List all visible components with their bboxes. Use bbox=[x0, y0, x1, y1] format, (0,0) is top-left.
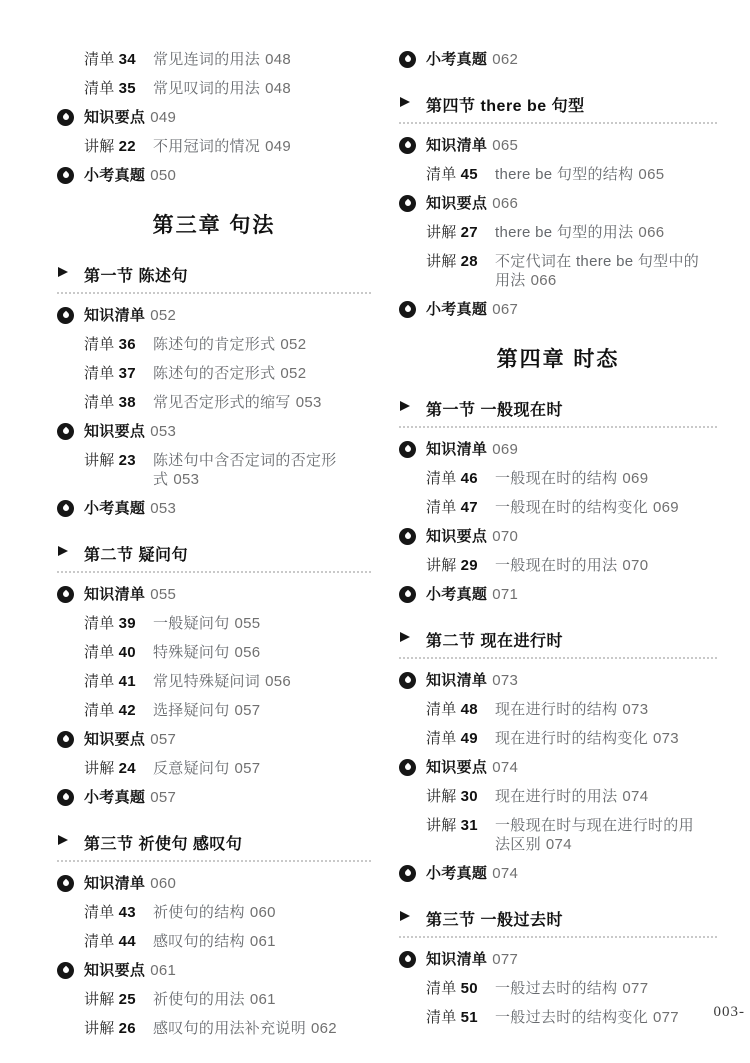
flame-badge-icon bbox=[399, 528, 416, 545]
item-description-text: 常见叹词的用法 bbox=[153, 80, 260, 97]
item-number: 44 bbox=[119, 933, 136, 950]
topic-label: 知识要点 bbox=[84, 109, 145, 126]
section-arrow-icon bbox=[58, 835, 68, 845]
item-label-text: 清单 bbox=[426, 1009, 457, 1026]
item-label-text: 清单 bbox=[426, 470, 457, 487]
page-number-ref: 066 bbox=[638, 224, 664, 241]
item-label-text: 讲解 bbox=[426, 224, 457, 241]
toc-item-row: 清单36陈述句的肯定形式052 bbox=[57, 335, 371, 354]
item-label-text: 清单 bbox=[84, 702, 115, 719]
chapter-title: 第三章 句法 bbox=[153, 214, 276, 237]
item-number: 30 bbox=[461, 788, 478, 805]
item-number: 47 bbox=[461, 499, 478, 516]
toc-item-row: 讲解27there be 句型的用法066 bbox=[399, 223, 717, 242]
toc-column-right: 小考真题062第四节 there be 句型知识清单065清单45there b… bbox=[399, 50, 717, 1037]
section-arrow-icon bbox=[400, 911, 410, 921]
page-number-ref: 062 bbox=[311, 1020, 337, 1037]
item-number: 46 bbox=[461, 470, 478, 487]
item-number: 36 bbox=[119, 336, 136, 353]
flame-badge-icon bbox=[57, 307, 74, 324]
toc-topic-row: 知识要点070 bbox=[399, 527, 717, 546]
item-description-text: 祈使句的结构 bbox=[153, 904, 245, 921]
topic-label: 知识要点 bbox=[84, 731, 145, 748]
section-title: 第二节 现在进行时 bbox=[426, 633, 563, 650]
section-title: 第二节 疑问句 bbox=[84, 547, 188, 564]
toc-item-row: 讲解25祈使句的用法061 bbox=[57, 990, 371, 1009]
section-arrow-icon bbox=[58, 546, 68, 556]
topic-label: 小考真题 bbox=[84, 789, 145, 806]
page-number-ref: 069 bbox=[622, 470, 648, 487]
flame-badge-icon bbox=[399, 301, 416, 318]
topic-label: 知识要点 bbox=[426, 528, 487, 545]
item-description-text: 特殊疑问句 bbox=[153, 644, 230, 661]
toc-item-row: 讲解28不定代词在 there be 句型中的用法066 bbox=[399, 252, 717, 290]
item-number: 50 bbox=[461, 980, 478, 997]
item-description: 祈使句的用法061 bbox=[153, 990, 342, 1009]
toc-item-row: 清单38常见否定形式的缩写053 bbox=[57, 393, 371, 412]
page-number-ref: 069 bbox=[492, 441, 518, 458]
toc-topic-row: 知识要点066 bbox=[399, 194, 717, 213]
flame-badge-icon bbox=[57, 586, 74, 603]
toc-topic-row: 小考真题067 bbox=[399, 300, 717, 319]
toc-item-row: 清单51一般过去时的结构变化077 bbox=[399, 1008, 717, 1027]
item-description: 一般过去时的结构077 bbox=[495, 979, 701, 998]
page-number-ref: 074 bbox=[492, 865, 518, 882]
toc-topic-row: 知识清单069 bbox=[399, 440, 717, 459]
item-description-text: 常见特殊疑问词 bbox=[153, 673, 260, 690]
item-description: there be 句型的结构065 bbox=[495, 165, 701, 184]
toc-topic-row: 知识清单060 bbox=[57, 874, 371, 893]
page-number-ref: 052 bbox=[280, 336, 306, 353]
item-label: 讲解25 bbox=[84, 990, 153, 1009]
page-number-ref: 070 bbox=[622, 557, 648, 574]
toc-column-left: 清单34常见连词的用法048清单35常见叹词的用法048知识要点049讲解22不… bbox=[57, 50, 371, 1048]
item-label-text: 讲解 bbox=[426, 788, 457, 805]
flame-badge-icon bbox=[57, 500, 74, 517]
item-description: 陈述句的否定形式052 bbox=[153, 364, 342, 383]
item-description-text: 陈述句的否定形式 bbox=[153, 365, 275, 382]
toc-item-row: 讲解22不用冠词的情况049 bbox=[57, 137, 371, 156]
item-number: 35 bbox=[119, 80, 136, 97]
topic-label: 小考真题 bbox=[426, 301, 487, 318]
item-description: 一般现在时的用法070 bbox=[495, 556, 701, 575]
item-description: 感叹句的用法补充说明062 bbox=[153, 1019, 342, 1038]
item-description: 感叹句的结构061 bbox=[153, 932, 342, 951]
toc-item-row: 清单45there be 句型的结构065 bbox=[399, 165, 717, 184]
item-description: 常见否定形式的缩写053 bbox=[153, 393, 342, 412]
item-description-text: 现在进行时的结构 bbox=[495, 701, 617, 718]
item-description-text: 不定代词在 there be 句型中的用法 bbox=[495, 253, 699, 289]
item-description-text: 一般现在时与现在进行时的用法区别 bbox=[495, 817, 694, 853]
item-label-text: 讲解 bbox=[84, 991, 115, 1008]
toc-topic-row: 知识清单073 bbox=[399, 671, 717, 690]
flame-badge-icon bbox=[399, 195, 416, 212]
flame-badge-icon bbox=[399, 137, 416, 154]
page-number-ref: 073 bbox=[622, 701, 648, 718]
item-label: 讲解22 bbox=[84, 137, 153, 156]
page-number-ref: 074 bbox=[546, 836, 572, 853]
section-heading: 第一节 一般现在时 bbox=[399, 397, 717, 428]
flame-badge-icon bbox=[57, 731, 74, 748]
page-number-ref: 053 bbox=[173, 471, 199, 488]
item-description: 现在进行时的用法074 bbox=[495, 787, 701, 806]
page-number-ref: 067 bbox=[492, 301, 518, 318]
item-label: 清单34 bbox=[84, 50, 153, 69]
flame-badge-icon bbox=[399, 441, 416, 458]
page-number-ref: 069 bbox=[653, 499, 679, 516]
toc-topic-row: 小考真题074 bbox=[399, 864, 717, 883]
item-number: 51 bbox=[461, 1009, 478, 1026]
topic-label: 知识清单 bbox=[426, 441, 487, 458]
item-description-text: 一般过去时的结构变化 bbox=[495, 1009, 648, 1026]
section-heading: 第四节 there be 句型 bbox=[399, 93, 717, 124]
item-label: 讲解29 bbox=[426, 556, 495, 575]
toc-item-row: 清单44感叹句的结构061 bbox=[57, 932, 371, 951]
toc-item-row: 清单50一般过去时的结构077 bbox=[399, 979, 717, 998]
item-number: 24 bbox=[119, 760, 136, 777]
toc-item-row: 清单42选择疑问句057 bbox=[57, 701, 371, 720]
item-description-text: 反意疑问句 bbox=[153, 760, 230, 777]
page-number-ref: 048 bbox=[265, 51, 291, 68]
page-number-ref: 053 bbox=[296, 394, 322, 411]
item-description-text: 感叹句的用法补充说明 bbox=[153, 1020, 306, 1037]
item-number: 43 bbox=[119, 904, 136, 921]
item-description-text: 陈述句的肯定形式 bbox=[153, 336, 275, 353]
page-number-ref: 048 bbox=[265, 80, 291, 97]
toc-item-row: 清单47一般现在时的结构变化069 bbox=[399, 498, 717, 517]
item-label: 清单48 bbox=[426, 700, 495, 719]
page-number-ref: 061 bbox=[150, 962, 176, 979]
item-description: 不定代词在 there be 句型中的用法066 bbox=[495, 252, 701, 290]
topic-label: 知识清单 bbox=[426, 137, 487, 154]
item-description-text: 现在进行时的结构变化 bbox=[495, 730, 648, 747]
item-label: 讲解23 bbox=[84, 451, 153, 489]
item-description: 选择疑问句057 bbox=[153, 701, 342, 720]
toc-item-row: 清单41常见特殊疑问词056 bbox=[57, 672, 371, 691]
page-number-ref: 061 bbox=[250, 991, 276, 1008]
toc-item-row: 清单43祈使句的结构060 bbox=[57, 903, 371, 922]
item-label-text: 清单 bbox=[426, 166, 457, 183]
topic-label: 知识要点 bbox=[426, 759, 487, 776]
item-label-text: 清单 bbox=[84, 615, 115, 632]
item-description: 陈述句的肯定形式052 bbox=[153, 335, 342, 354]
topic-label: 小考真题 bbox=[426, 865, 487, 882]
toc-item-row: 清单46一般现在时的结构069 bbox=[399, 469, 717, 488]
page-number-ref: 057 bbox=[150, 731, 176, 748]
page-number-ref: 077 bbox=[492, 951, 518, 968]
item-number: 34 bbox=[119, 51, 136, 68]
item-description: 常见连词的用法048 bbox=[153, 50, 342, 69]
item-label-text: 讲解 bbox=[426, 817, 457, 834]
page-number-ref: 055 bbox=[235, 615, 261, 632]
item-description: 一般疑问句055 bbox=[153, 614, 342, 633]
page-number-ref: 052 bbox=[280, 365, 306, 382]
item-label: 清单41 bbox=[84, 672, 153, 691]
item-label-text: 清单 bbox=[84, 51, 115, 68]
section-title: 第三节 一般过去时 bbox=[426, 912, 563, 929]
flame-badge-icon bbox=[399, 586, 416, 603]
toc-item-row: 讲解29一般现在时的用法070 bbox=[399, 556, 717, 575]
item-number: 40 bbox=[119, 644, 136, 661]
item-number: 37 bbox=[119, 365, 136, 382]
page-number-ref: 060 bbox=[250, 904, 276, 921]
item-number: 28 bbox=[461, 253, 478, 270]
toc-item-row: 清单48现在进行时的结构073 bbox=[399, 700, 717, 719]
section-heading: 第二节 疑问句 bbox=[57, 542, 371, 573]
item-label: 讲解28 bbox=[426, 252, 495, 290]
item-description-text: 选择疑问句 bbox=[153, 702, 230, 719]
toc-topic-row: 知识要点061 bbox=[57, 961, 371, 980]
item-label-text: 讲解 bbox=[84, 760, 115, 777]
item-description-text: there be 句型的结构 bbox=[495, 166, 633, 183]
chapter-title: 第四章 时态 bbox=[497, 348, 620, 371]
item-number: 48 bbox=[461, 701, 478, 718]
item-label-text: 清单 bbox=[426, 730, 457, 747]
topic-label: 知识要点 bbox=[84, 423, 145, 440]
item-label: 清单37 bbox=[84, 364, 153, 383]
item-label: 清单43 bbox=[84, 903, 153, 922]
item-description-text: there be 句型的用法 bbox=[495, 224, 633, 241]
item-label: 清单36 bbox=[84, 335, 153, 354]
item-label-text: 清单 bbox=[84, 904, 115, 921]
page-number-ref: 077 bbox=[653, 1009, 679, 1026]
page-number-ref: 073 bbox=[653, 730, 679, 747]
item-description: 现在进行时的结构变化073 bbox=[495, 729, 701, 748]
page-number-ref: 057 bbox=[150, 789, 176, 806]
item-description-text: 一般过去时的结构 bbox=[495, 980, 617, 997]
page-number-ref: 065 bbox=[638, 166, 664, 183]
flame-badge-icon bbox=[57, 423, 74, 440]
page-number-ref: 055 bbox=[150, 586, 176, 603]
page-number-ref: 057 bbox=[235, 760, 261, 777]
item-description: 祈使句的结构060 bbox=[153, 903, 342, 922]
toc-topic-row: 知识清单065 bbox=[399, 136, 717, 155]
section-title: 第一节 陈述句 bbox=[84, 268, 188, 285]
item-number: 38 bbox=[119, 394, 136, 411]
item-description-text: 常见否定形式的缩写 bbox=[153, 394, 291, 411]
item-description: 特殊疑问句056 bbox=[153, 643, 342, 662]
toc-topic-row: 知识要点053 bbox=[57, 422, 371, 441]
item-label: 清单50 bbox=[426, 979, 495, 998]
item-label: 讲解24 bbox=[84, 759, 153, 778]
page-number-ref: 060 bbox=[150, 875, 176, 892]
section-arrow-icon bbox=[400, 632, 410, 642]
topic-label: 知识清单 bbox=[84, 875, 145, 892]
item-label-text: 清单 bbox=[84, 644, 115, 661]
item-label-text: 清单 bbox=[84, 673, 115, 690]
page-number-ref: 077 bbox=[622, 980, 648, 997]
toc-item-row: 讲解24反意疑问句057 bbox=[57, 759, 371, 778]
page-number-ref: 066 bbox=[531, 272, 557, 289]
page-number-ref: 057 bbox=[235, 702, 261, 719]
flame-badge-icon bbox=[57, 167, 74, 184]
page-number-ref: 050 bbox=[150, 167, 176, 184]
page-number-ref: 070 bbox=[492, 528, 518, 545]
item-description: 陈述句中含否定词的否定形式053 bbox=[153, 451, 342, 489]
item-label: 清单38 bbox=[84, 393, 153, 412]
item-label-text: 讲解 bbox=[84, 452, 115, 469]
page-number-ref: 065 bbox=[492, 137, 518, 154]
item-description: 常见叹词的用法048 bbox=[153, 79, 342, 98]
toc-topic-row: 知识清单055 bbox=[57, 585, 371, 604]
item-number: 42 bbox=[119, 702, 136, 719]
topic-label: 知识清单 bbox=[426, 951, 487, 968]
page-number-ref: 052 bbox=[150, 307, 176, 324]
item-label-text: 讲解 bbox=[426, 253, 457, 270]
topic-label: 小考真题 bbox=[426, 51, 487, 68]
section-arrow-icon bbox=[400, 97, 410, 107]
section-heading: 第三节 祈使句 感叹句 bbox=[57, 831, 371, 862]
item-label: 讲解30 bbox=[426, 787, 495, 806]
item-label-text: 清单 bbox=[426, 701, 457, 718]
item-label: 清单49 bbox=[426, 729, 495, 748]
item-label: 清单40 bbox=[84, 643, 153, 662]
toc-topic-row: 小考真题050 bbox=[57, 166, 371, 185]
item-number: 22 bbox=[119, 138, 136, 155]
item-description-text: 一般现在时的结构 bbox=[495, 470, 617, 487]
toc-item-row: 讲解30现在进行时的用法074 bbox=[399, 787, 717, 806]
topic-label: 小考真题 bbox=[84, 500, 145, 517]
item-number: 27 bbox=[461, 224, 478, 241]
topic-label: 小考真题 bbox=[426, 586, 487, 603]
item-number: 39 bbox=[119, 615, 136, 632]
toc-item-row: 清单40特殊疑问句056 bbox=[57, 643, 371, 662]
toc-topic-row: 知识要点049 bbox=[57, 108, 371, 127]
page-number-ref: 071 bbox=[492, 586, 518, 603]
item-description-text: 感叹句的结构 bbox=[153, 933, 245, 950]
flame-badge-icon bbox=[399, 951, 416, 968]
page-number-ref: 049 bbox=[265, 138, 291, 155]
item-description-text: 现在进行时的用法 bbox=[495, 788, 617, 805]
section-arrow-icon bbox=[400, 401, 410, 411]
section-title: 第一节 一般现在时 bbox=[426, 402, 563, 419]
item-description: 一般现在时与现在进行时的用法区别074 bbox=[495, 816, 701, 854]
flame-badge-icon bbox=[399, 51, 416, 68]
item-label: 清单44 bbox=[84, 932, 153, 951]
toc-topic-row: 小考真题071 bbox=[399, 585, 717, 604]
toc-item-row: 清单49现在进行时的结构变化073 bbox=[399, 729, 717, 748]
topic-label: 知识要点 bbox=[426, 195, 487, 212]
item-label: 清单47 bbox=[426, 498, 495, 517]
item-label: 清单46 bbox=[426, 469, 495, 488]
flame-badge-icon bbox=[57, 109, 74, 126]
item-label: 清单51 bbox=[426, 1008, 495, 1027]
item-number: 26 bbox=[119, 1020, 136, 1037]
toc-topic-row: 知识清单052 bbox=[57, 306, 371, 325]
item-label-text: 清单 bbox=[84, 365, 115, 382]
item-label: 清单45 bbox=[426, 165, 495, 184]
section-heading: 第三节 一般过去时 bbox=[399, 907, 717, 938]
page-number-ref: 066 bbox=[492, 195, 518, 212]
item-number: 31 bbox=[461, 817, 478, 834]
topic-label: 知识清单 bbox=[84, 307, 145, 324]
item-description: 常见特殊疑问词056 bbox=[153, 672, 342, 691]
toc-item-row: 清单34常见连词的用法048 bbox=[57, 50, 371, 69]
item-description-text: 一般疑问句 bbox=[153, 615, 230, 632]
page-number-ref: 053 bbox=[150, 500, 176, 517]
page-number-ref: 073 bbox=[492, 672, 518, 689]
item-label-text: 清单 bbox=[84, 336, 115, 353]
page-number-ref: 053 bbox=[150, 423, 176, 440]
toc-item-row: 清单35常见叹词的用法048 bbox=[57, 79, 371, 98]
section-arrow-icon bbox=[58, 267, 68, 277]
item-number: 29 bbox=[461, 557, 478, 574]
item-description: 现在进行时的结构073 bbox=[495, 700, 701, 719]
page-number-ref: 049 bbox=[150, 109, 176, 126]
item-description: 一般现在时的结构变化069 bbox=[495, 498, 701, 517]
toc-topic-row: 小考真题062 bbox=[399, 50, 717, 69]
page-number-ref: 074 bbox=[622, 788, 648, 805]
item-label: 清单42 bbox=[84, 701, 153, 720]
item-label-text: 清单 bbox=[426, 499, 457, 516]
item-number: 25 bbox=[119, 991, 136, 1008]
item-label: 讲解27 bbox=[426, 223, 495, 242]
page-number-ref: 061 bbox=[250, 933, 276, 950]
item-label-text: 讲解 bbox=[84, 138, 115, 155]
topic-label: 知识清单 bbox=[426, 672, 487, 689]
item-number: 41 bbox=[119, 673, 136, 690]
flame-badge-icon bbox=[399, 672, 416, 689]
page-number-ref: 056 bbox=[265, 673, 291, 690]
item-description-text: 常见连词的用法 bbox=[153, 51, 260, 68]
item-number: 45 bbox=[461, 166, 478, 183]
section-heading: 第一节 陈述句 bbox=[57, 263, 371, 294]
item-description-text: 一般现在时的用法 bbox=[495, 557, 617, 574]
item-number: 23 bbox=[119, 452, 136, 469]
topic-label: 知识要点 bbox=[84, 962, 145, 979]
toc-item-row: 清单39一般疑问句055 bbox=[57, 614, 371, 633]
page-number-ref: 056 bbox=[235, 644, 261, 661]
item-label-text: 讲解 bbox=[426, 557, 457, 574]
item-label: 清单39 bbox=[84, 614, 153, 633]
section-title: 第三节 祈使句 感叹句 bbox=[84, 836, 242, 853]
item-label-text: 清单 bbox=[426, 980, 457, 997]
toc-item-row: 讲解26感叹句的用法补充说明062 bbox=[57, 1019, 371, 1038]
toc-item-row: 讲解23陈述句中含否定词的否定形式053 bbox=[57, 451, 371, 489]
item-number: 49 bbox=[461, 730, 478, 747]
chapter-heading: 第三章 句法 bbox=[57, 209, 371, 239]
page-number-ref: 074 bbox=[492, 759, 518, 776]
item-description: 一般过去时的结构变化077 bbox=[495, 1008, 701, 1027]
item-label-text: 清单 bbox=[84, 394, 115, 411]
item-label: 清单35 bbox=[84, 79, 153, 98]
flame-badge-icon bbox=[399, 759, 416, 776]
item-label: 讲解31 bbox=[426, 816, 495, 854]
toc-topic-row: 知识清单077 bbox=[399, 950, 717, 969]
item-description: 反意疑问句057 bbox=[153, 759, 342, 778]
toc-page: 清单34常见连词的用法048清单35常见叹词的用法048知识要点049讲解22不… bbox=[0, 0, 750, 1063]
page-number-ref: 062 bbox=[492, 51, 518, 68]
toc-topic-row: 知识要点074 bbox=[399, 758, 717, 777]
item-label-text: 清单 bbox=[84, 80, 115, 97]
toc-item-row: 清单37陈述句的否定形式052 bbox=[57, 364, 371, 383]
topic-label: 小考真题 bbox=[84, 167, 145, 184]
toc-topic-row: 小考真题057 bbox=[57, 788, 371, 807]
item-label: 讲解26 bbox=[84, 1019, 153, 1038]
item-label-text: 讲解 bbox=[84, 1020, 115, 1037]
toc-topic-row: 小考真题053 bbox=[57, 499, 371, 518]
item-description: there be 句型的用法066 bbox=[495, 223, 701, 242]
item-description: 不用冠词的情况049 bbox=[153, 137, 342, 156]
item-label-text: 清单 bbox=[84, 933, 115, 950]
item-description: 一般现在时的结构069 bbox=[495, 469, 701, 488]
flame-badge-icon bbox=[57, 789, 74, 806]
page-number: 003- bbox=[714, 1004, 746, 1021]
chapter-heading: 第四章 时态 bbox=[399, 343, 717, 373]
flame-badge-icon bbox=[57, 962, 74, 979]
section-title: 第四节 there be 句型 bbox=[426, 98, 585, 115]
flame-badge-icon bbox=[57, 875, 74, 892]
